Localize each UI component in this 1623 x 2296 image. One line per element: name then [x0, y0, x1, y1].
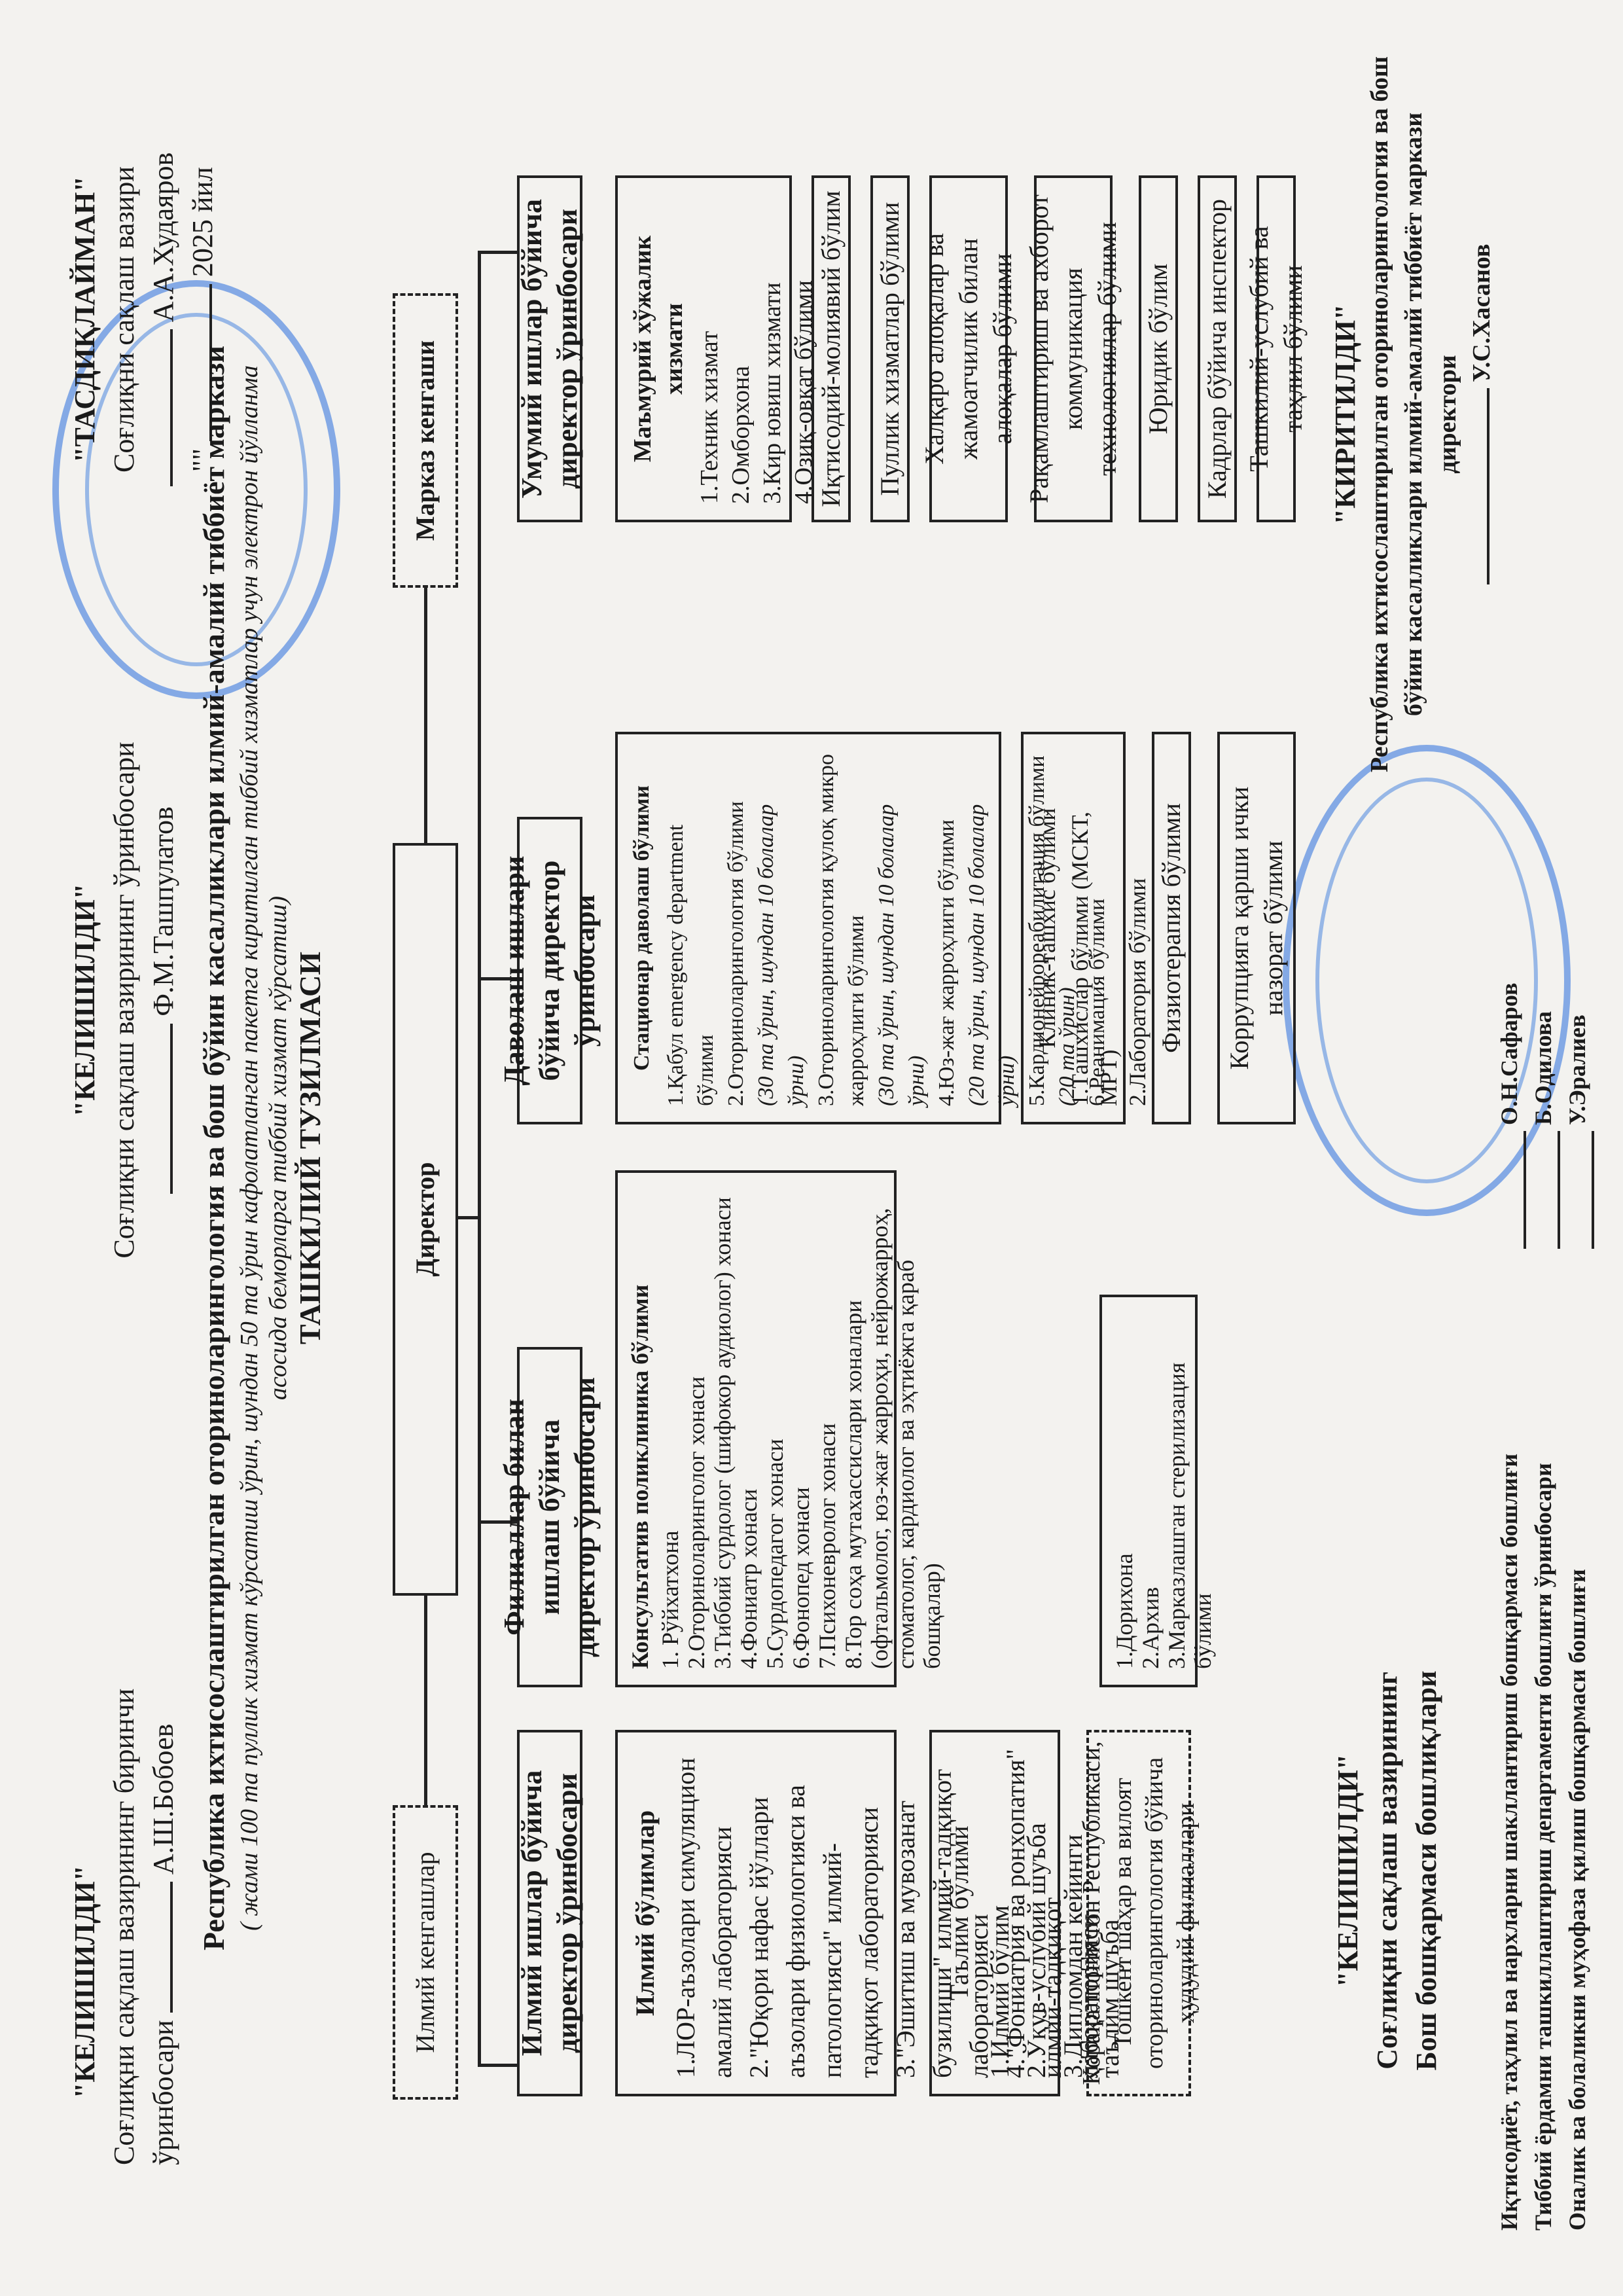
signer-row: Оналик ва болаликни муҳофаза қилиш бошқа…	[1560, 791, 1594, 2231]
approval-first-deputy: "КЕЛИШИЛДИ" Соғлиқни сақлаш вазирининг б…	[65, 1576, 183, 2165]
general-unit-2: Халқаро алоқалар ва жамоатчилик билан ал…	[929, 175, 1008, 522]
title-subtitle-2: асосида беморларга тиббий хизмат кўрсати…	[264, 0, 293, 2296]
approval-deputy: "КЕЛИШИЛДИ" Соғлиқни сақлаш вазирининг ў…	[65, 673, 183, 1327]
center-council-box: Марказ кенгаши	[393, 293, 458, 588]
scientific-council-box: Илмий кенгашлар	[393, 1805, 458, 2100]
title-subtitle-1: ( жами 100 та пуллик хизмат кўрсатиш ўри…	[235, 0, 264, 2296]
bottom-signers: Иқтисодиёт, таҳлил ва нархларни шакллант…	[1492, 791, 1594, 2231]
general-unit-6: Ташкилий-услубий ва таҳлил бўлими	[1257, 175, 1296, 522]
org-chart-sheet: "КЕЛИШИЛДИ" Соғлиқни сақлаш вазирининг б…	[0, 0, 1623, 2296]
document-title: Республика ихтисослаштирилган оторинолар…	[196, 0, 327, 2296]
general-unit-3: Рақамлаштириш ва ахборот коммуникация те…	[1034, 175, 1113, 522]
anticorruption-box: Коррупцияга қарши ички назорат бўлими	[1217, 732, 1296, 1124]
regional-branches-box: Қорақалпоғистон Республикаси, Тошкент ша…	[1086, 1730, 1191, 2096]
polyclinic-box: Консультатив поликлиника бўлими 1. Рўйха…	[615, 1170, 897, 1687]
education-unit-box: Таълим бўлими 1.Илмий бўлим 2.Ўқув-услуб…	[929, 1730, 1060, 2096]
director-box: Директор	[393, 843, 458, 1596]
deputy-branches-box: Филиаллар билан ишлаш бўйича директор ўр…	[517, 1347, 582, 1687]
general-unit-0: Иқтисодий-молиявий бўлим	[811, 175, 851, 522]
signature-line	[170, 1882, 173, 2013]
title-main: ТАШКИЛИЙ ТУЗИЛМАСИ	[293, 0, 327, 2296]
admin-service-box: Маъмурий хўжалик хизмати 1.Техник хизмат…	[615, 175, 792, 522]
title-line: Республика ихтисослаштирилган оторинолар…	[196, 0, 231, 2296]
deputy-science-box: Илмий ишлар бўйича директор ўринбосари	[517, 1730, 582, 2096]
signature-line	[170, 1024, 173, 1194]
deputy-treatment-box: Даволаш ишлари бўйича директор ўринбосар…	[517, 817, 582, 1124]
bottom-submitted: "КИРИТИЛДИ" Республика ихтисослаштирилга…	[1329, 38, 1499, 791]
general-unit-1: Пуллик хизматлар бўлими	[870, 175, 910, 522]
general-unit-4: Юридик бўлим	[1139, 175, 1178, 522]
science-units-box: Илмий бўлимлар 1.ЛОР-аъзолари симуляцион…	[615, 1730, 897, 2096]
diagnostics-box: Клиник-ташхис бўлими 1.Ташхислар бўлими …	[1021, 732, 1126, 1124]
signer-row: Тиббий ёрдамни ташкиллаштириш департамен…	[1526, 791, 1560, 2231]
inpatient-box: Стационар даволаш бўлими 1.Қабул emergen…	[615, 732, 1001, 1124]
signer-row: Иқтисодиёт, таҳлил ва нархларни шакллант…	[1492, 791, 1526, 2231]
physiotherapy-box: Физиотерапия бўлими	[1152, 732, 1191, 1124]
support-units-box: 1.Дорихона 2.Архив 3.Марказлашган стерил…	[1099, 1295, 1198, 1687]
signature-line	[170, 329, 173, 486]
general-unit-5: Кадрлар бўйича инспектор	[1198, 175, 1237, 522]
bottom-agreed: "КЕЛИШИЛДИ" Соғлиқни сақлаш вазирининг Б…	[1329, 1576, 1446, 2165]
deputy-general-box: Умумий ишлар бўйича директор ўринбосари	[517, 175, 582, 522]
